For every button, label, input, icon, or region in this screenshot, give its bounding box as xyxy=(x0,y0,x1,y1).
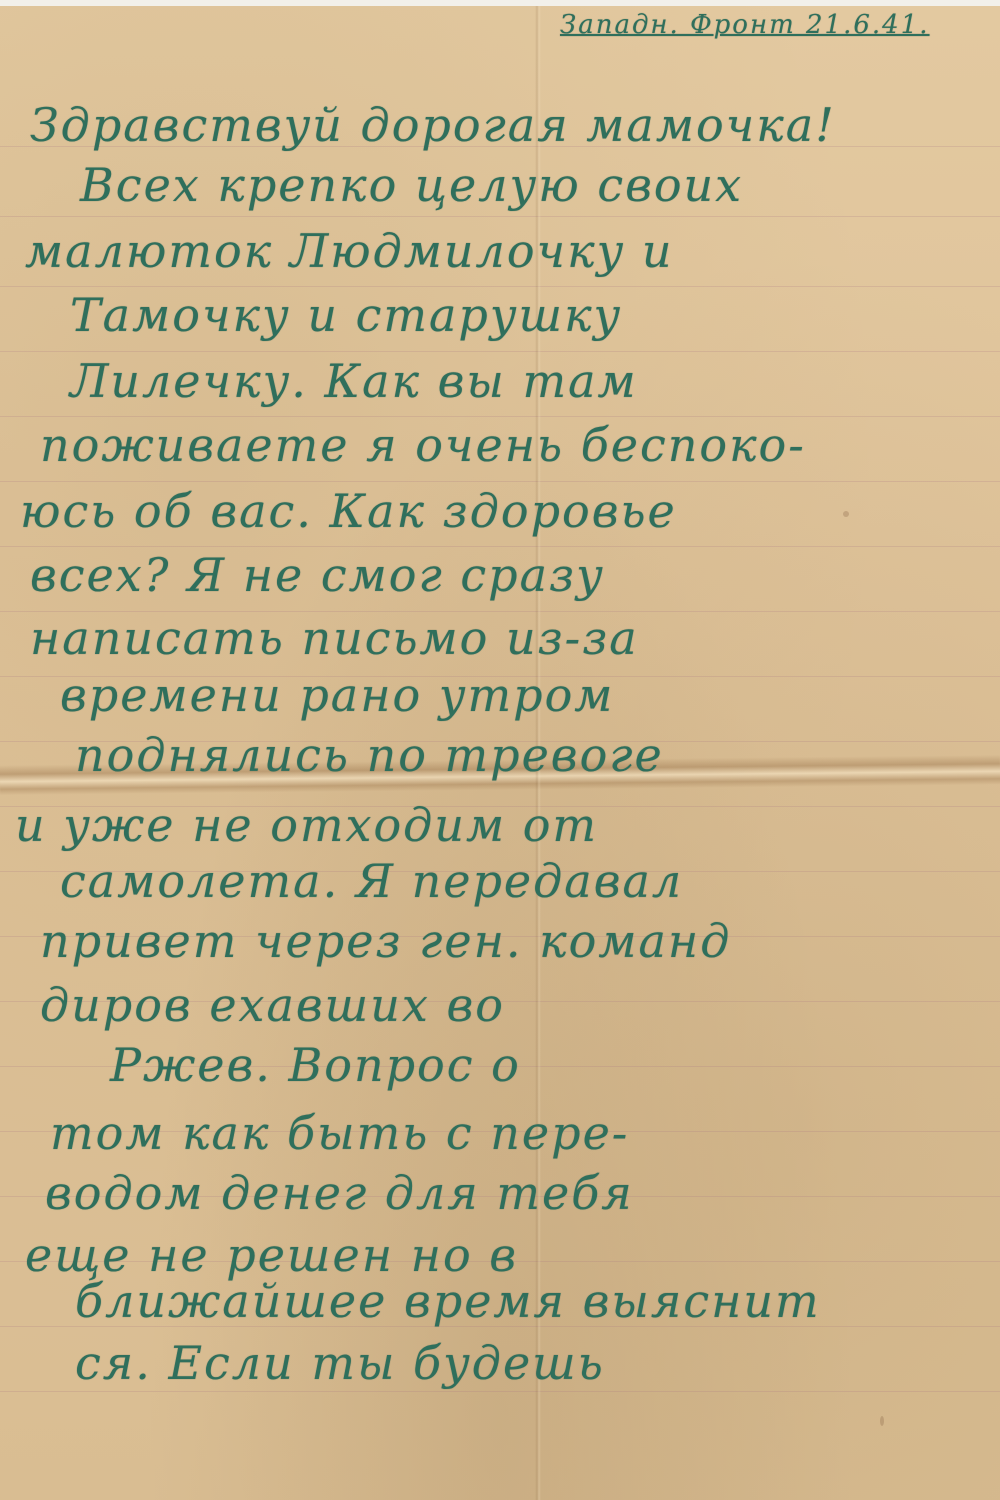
ruled-line xyxy=(0,416,1000,417)
letter-paper: Западн. Фронт 21.6.41. Здравствуй дорога… xyxy=(0,6,1000,1500)
letter-line: Тамочку и старушку xyxy=(70,288,622,342)
ink-spot xyxy=(843,511,849,517)
ruled-line xyxy=(0,481,1000,482)
letter-line: диров ехавших во xyxy=(40,978,505,1032)
letter-line: юсь об вас. Как здоровье xyxy=(20,484,677,538)
ruled-line xyxy=(0,1391,1000,1392)
letter-header-location-date: Западн. Фронт 21.6.41. xyxy=(560,10,930,40)
letter-line: ближайшее время выяснит xyxy=(75,1274,821,1328)
ruled-line xyxy=(0,286,1000,287)
ruled-line xyxy=(0,216,1000,217)
letter-line: водом денег для тебя xyxy=(45,1166,634,1220)
letter-line: ся. Если ты будешь xyxy=(75,1336,605,1390)
letter-line: и уже не отходим от xyxy=(15,798,598,852)
letter-line: Всех крепко целую своих xyxy=(80,158,743,212)
letter-line: самолета. Я передавал xyxy=(60,854,683,908)
letter-line: поживаете я очень беспоко- xyxy=(40,418,806,472)
letter-line: привет через ген. команд xyxy=(40,914,731,968)
letter-line: написать письмо из-за xyxy=(30,611,639,665)
letter-line: Здравствуй дорогая мамочка! xyxy=(30,98,836,152)
letter-line: том как быть с пере- xyxy=(50,1106,629,1160)
letter-line: Лилечку. Как вы там xyxy=(70,354,638,408)
paper-blemish xyxy=(880,1416,884,1426)
letter-line: Ржев. Вопрос о xyxy=(110,1038,521,1092)
letter-line: всех? Я не смог сразу xyxy=(30,548,605,602)
ruled-line xyxy=(0,546,1000,547)
letter-line: поднялись по тревоге xyxy=(75,728,664,782)
ruled-line xyxy=(0,351,1000,352)
letter-line: времени рано утром xyxy=(60,668,614,722)
letter-line: малюток Людмилочку и xyxy=(25,224,674,278)
